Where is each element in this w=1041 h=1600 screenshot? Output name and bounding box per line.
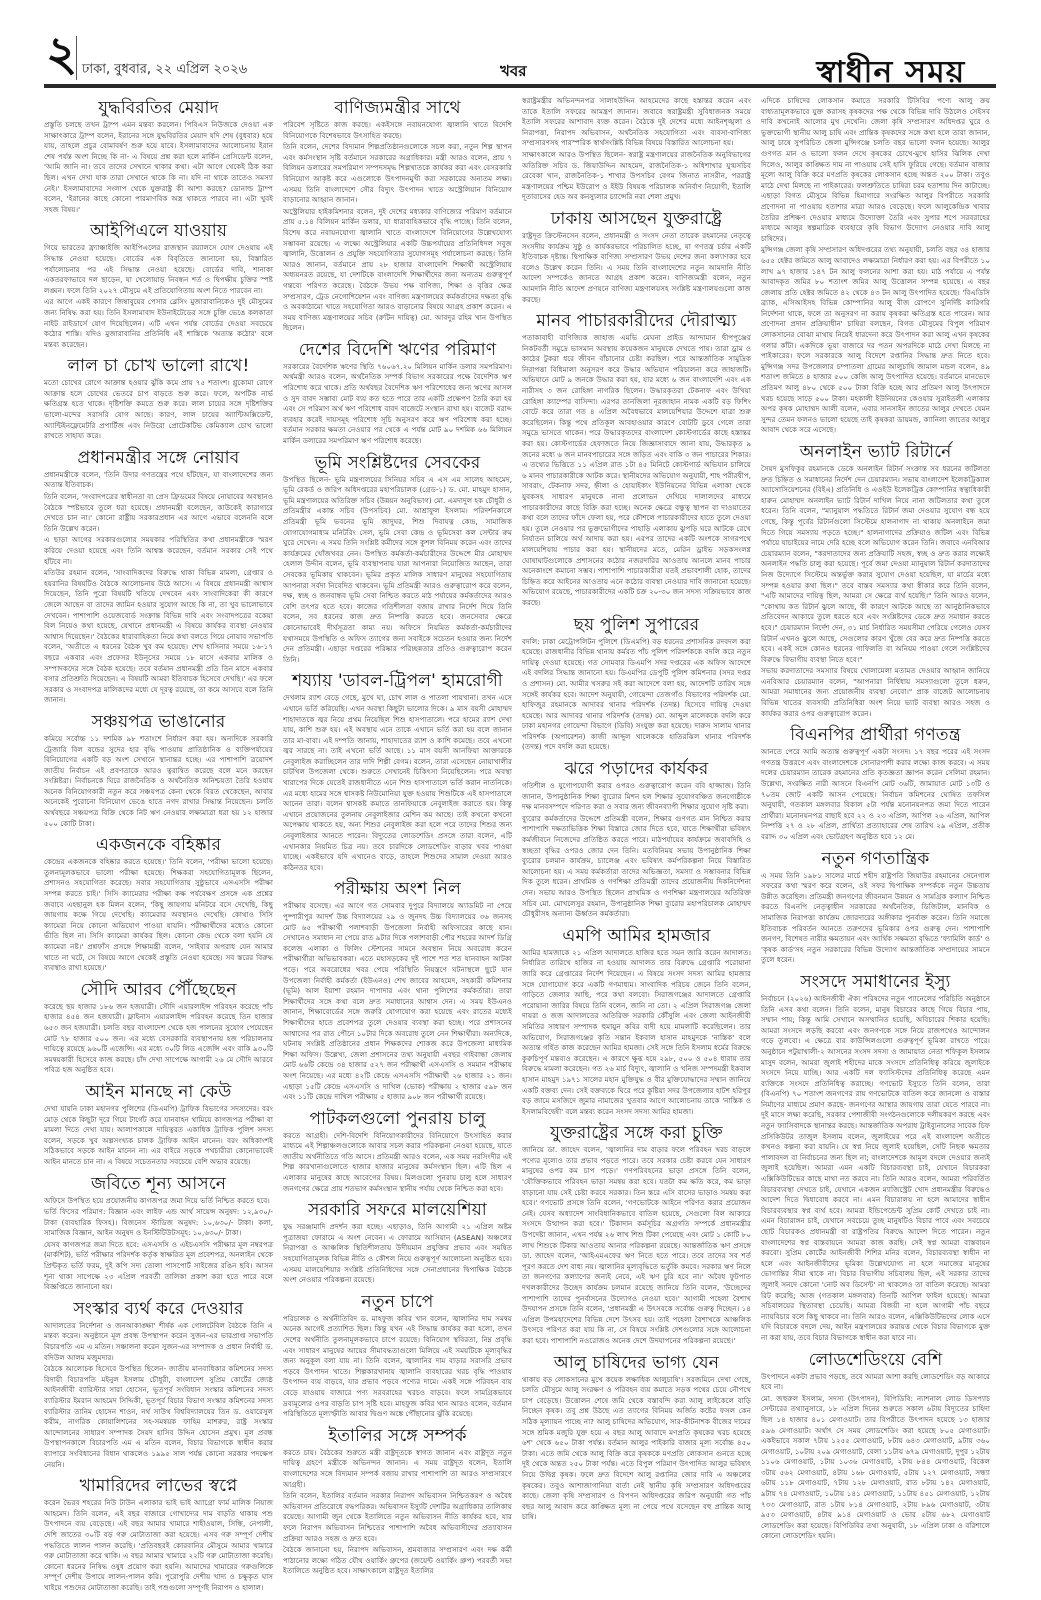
article-body: কেন্দ্রের একজনকে বহিষ্কার করতে হয়েছে।' … xyxy=(44,857,273,974)
article-paragraph: সভায় করদাতাদের সমস্যার বিষয়ে খোলামেলা … xyxy=(761,666,990,719)
article: দেশের বিদেশি ঋণের পরিমাণসরকারের বৈদেশিক … xyxy=(283,340,512,447)
article-body: দেখা যায়নি ঢাকা মহানগর পুলিশের (ডিএমপি)… xyxy=(44,1104,273,1168)
article: সঞ্চয়পত্র ভাঙানোরকমিয়ে সর্বোচ্চ ১১ দশম… xyxy=(44,712,273,829)
article-body: মতো চোখের রোগে আক্রান্ত হওয়ার ঝুঁকি কমে… xyxy=(44,378,273,442)
article: যুক্তরাষ্ট্রের সঙ্গে করা চুক্তিজানিয়ে ড… xyxy=(522,1123,751,1346)
article-paragraph: অস্ট্রেলিয়ার হাইকমিশনার বলেন, দুই দেশের… xyxy=(283,207,512,334)
article: যুদ্ধবিরতির মেয়াদপ্রস্তুতি চলছে তখন ট্র… xyxy=(44,98,273,215)
article-paragraph: এদিকে চাষিদের লোকসান কমাতে সরকারি টিসিবি… xyxy=(761,96,990,244)
article-paragraph: মতো চোখের রোগে আক্রান্ত হওয়ার ঝুঁকি কমে… xyxy=(44,378,273,442)
article-body: পরীক্ষায় বসেছে। এর আগে গত সোমবার দুপুরে… xyxy=(283,901,512,1102)
article-body: জানিয়ে ডা. জাহেদ বলেন, 'জ্বালানির দাম ব… xyxy=(522,1145,751,1346)
article-body: করতে আগ্রহী। দেশি-বিদেশি বিনিয়োগকারীদের… xyxy=(283,1131,512,1195)
article-paragraph: পরিচালক ও অর্থনীতিবিদ ড. মাহফুজ কবির খান… xyxy=(283,1314,512,1420)
article-paragraph: উপস্থিত ছিলেন- ভূমি মন্ত্রণালয়ের সিনিয়… xyxy=(283,475,512,666)
article-body: থাকায় বড় লোকসানের মুখে কয়েক লক্ষাধিক … xyxy=(522,1375,751,1523)
article: এমপি আমির হামজারআমির হামজাকে ২১ এপ্রিল আ… xyxy=(522,926,751,1118)
article-paragraph: দেখলাম র‍্যাশ বেড়ে গেছে, মুখে ঘা, চোখ ল… xyxy=(283,693,512,873)
article-paragraph: তিনি বলেন, ইতালির বর্তমান সরকার নিরাপদ অ… xyxy=(283,1491,512,1544)
page-number: ২ xyxy=(46,30,77,78)
article-body: আদালতের নির্দেশনা ও জনআকাঙ্ক্ষা' শীর্ষক … xyxy=(44,1321,273,1470)
news-columns: যুদ্ধবিরতির মেয়াদপ্রস্তুতি চলছে তখন ট্র… xyxy=(44,96,996,1596)
section-name: খবর xyxy=(500,60,526,85)
article: পরীক্ষায় অংশ নিলপরীক্ষায় বসেছে। এর আগে… xyxy=(283,879,512,1102)
article-paragraph: নির্বাচনে (২০২৬) আইনজীবী ঐক্য পরিষদের নত… xyxy=(761,994,990,1344)
article: নতুন গণতান্ত্রিকএ সময় তিনি ১৯৮১ সালের ম… xyxy=(761,849,990,966)
article: আইপিএলে যাওয়ায়গিয়ে ভারতের ফ্র্যাঞ্চাই… xyxy=(44,221,273,350)
article-headline[interactable]: অনলাইন ভ্যাট রিটার্নে xyxy=(761,442,990,462)
article-headline[interactable]: নতুন গণতান্ত্রিক xyxy=(761,849,990,869)
article-body: আমির হামজাকে ২১ এপ্রিল আদালতে হাজির হতে … xyxy=(522,948,751,1118)
article-paragraph: পরিবেশ সৃষ্টিতে কাজ করছে। একইসঙ্গে নবায়… xyxy=(283,120,512,141)
article-paragraph: পরীক্ষায় বসেছে। এর আগে গত সোমবার দুপুরে… xyxy=(283,901,512,1102)
article-body: আনতে পেরে আমি অত্যন্ত গুরুত্বপূর্ণ একটা … xyxy=(761,747,990,842)
article-headline[interactable]: পাটকলগুলো পুনরায় চালু xyxy=(283,1109,512,1129)
article-body: করেন ভৈরব শহরের নিউ টাউন এলাকার ভাই ভাই … xyxy=(44,1498,273,1593)
newspaper-logo: স্বাধীন সময় xyxy=(816,48,965,99)
article: অনলাইন ভ্যাট রিটার্নেসৈয়দ মুসফিকুর রহমা… xyxy=(761,442,990,719)
article-headline[interactable]: আইপিএলে যাওয়ায় xyxy=(44,221,273,241)
article-headline[interactable]: যুক্তরাষ্ট্রের সঙ্গে করা চুক্তি xyxy=(522,1123,751,1143)
column-2: বাণিজ্যমন্ত্রীর সাথেপরিবেশ সৃষ্টিতে কাজ … xyxy=(283,96,512,1596)
article-headline[interactable]: খামারিদের লাভের স্বপ্নে xyxy=(44,1476,273,1496)
article-headline[interactable]: নতুন চাপে xyxy=(283,1292,512,1312)
article: ছয় পুলিশ সুপারেরবদলি: ঢাকা মেট্রোপলিটন … xyxy=(522,615,751,754)
article-headline[interactable]: সৌদি আরব পৌঁছেছেন xyxy=(44,980,273,1000)
article: জবিতে শূন্য আসনেঅফিসে উপস্থিত হয়ে প্রয়… xyxy=(44,1174,273,1293)
article: লাল চা চোখ ভালো রাখে!মতো চোখের রোগে আক্র… xyxy=(44,356,273,442)
article-paragraph: এ সময় তিনি ১৯৮১ সালের মার্চে শহীদ রাষ্ট… xyxy=(761,871,990,966)
article-headline[interactable]: দেশের বিদেশি ঋণের পরিমাণ xyxy=(283,340,512,360)
article-paragraph: যুদ্ধ সরঞ্জামাদি প্রদর্শন করা হচ্ছে। এছা… xyxy=(283,1222,512,1286)
article-headline[interactable]: মানব পাচারকারীদের দৌরাত্ম্য xyxy=(522,311,751,331)
article: ইতালির সঙ্গে সম্পর্ককরতে চায়। বৈঠকের শু… xyxy=(283,1426,512,1577)
article-body: উৎপাদনে একটা প্রভাব পড়ছে, তবে আমরা আশা … xyxy=(761,1372,990,1543)
article-paragraph: কেন্দ্রের একজনকে বহিষ্কার করতে হয়েছে।' … xyxy=(44,857,273,974)
article-paragraph: করতে আগ্রহী। দেশি-বিদেশি বিনিয়োগকারীদের… xyxy=(283,1131,512,1195)
article: শয্যায় 'ডাবল-ট্রিপল' হামরোগীদেখলাম র‍্য… xyxy=(283,671,512,873)
article: খামারিদের লাভের স্বপ্নেকরেন ভৈরব শহরের ন… xyxy=(44,1476,273,1593)
article-body: এ সময় তিনি ১৯৮১ সালের মার্চে শহীদ রাষ্ট… xyxy=(761,871,990,966)
article-headline[interactable]: সঞ্চয়পত্র ভাঙানোর xyxy=(44,712,273,732)
article: পাটকলগুলো পুনরায় চালুকরতে আগ্রহী। দেশি-… xyxy=(283,1109,512,1195)
article-body: এদিকে চাষিদের লোকসান কমাতে সরকারি টিসিবি… xyxy=(761,96,990,436)
article-body: প্রধানমন্ত্রীকে বলেন, 'তিনি উদার গণতন্ত্… xyxy=(44,470,273,706)
article-paragraph: সরকারের বৈদেশিক ঋণের স্থিতি ৭৬০৬৭.২০ মিল… xyxy=(283,362,512,447)
article-paragraph: স্বরাষ্ট্রমন্ত্রীর অভিনন্দনপত্র সালাহউদ্… xyxy=(522,96,751,149)
article-paragraph: সাক্ষাৎকালে আরও উপস্থিত ছিলেন- স্বরাষ্ট্… xyxy=(522,150,751,203)
article-body: গতিশীল ও যুগোপযোগী করার ওপরও গুরুত্বারোপ… xyxy=(522,781,751,920)
article-body: পতাকাবাহী বাণিজ্যিক জাহাজ এমভি মেঘনা প্র… xyxy=(522,333,751,608)
article-paragraph: গতিশীল ও যুগোপযোগী করার ওপরও গুরুত্বারোপ… xyxy=(522,781,751,813)
article-paragraph: সৈয়দ মুসফিকুর রহমানকে ডেকে অনলাইন রিটার… xyxy=(761,464,990,665)
article-paragraph: তিনি বলেন, দেশের বিদ্যমান শিল্পপ্রতিষ্ঠা… xyxy=(283,142,512,206)
article: নতুন চাপেপরিচালক ও অর্থনীতিবিদ ড. মাহফুজ… xyxy=(283,1292,512,1420)
article-body: করতে চায়। বৈঠকের শুরুতে মন্ত্রী রাষ্ট্র… xyxy=(283,1448,512,1577)
article-headline[interactable]: সংসদে সমাধানের ইস্যু xyxy=(761,972,990,992)
article-body: উপস্থিত ছিলেন- ভূমি মন্ত্রণালয়ের সিনিয়… xyxy=(283,475,512,666)
article: বাণিজ্যমন্ত্রীর সাথেপরিবেশ সৃষ্টিতে কাজ … xyxy=(283,98,512,334)
article-headline[interactable]: জবিতে শূন্য আসনে xyxy=(44,1174,273,1194)
article: সংসদে সমাধানের ইস্যুনির্বাচনে (২০২৬) আইন… xyxy=(761,972,990,1344)
article-paragraph: জানিয়ে ডা. জাহেদ বলেন, 'জ্বালানির দাম ব… xyxy=(522,1145,751,1346)
article-headline[interactable]: এমপি আমির হামজার xyxy=(522,926,751,946)
article-paragraph: রাষ্ট্রদূত ক্রিস্টেনসেন বলেন, প্রধানমন্ত… xyxy=(522,231,751,305)
article-body: প্রস্তুতি চলছে তখন ট্রাম্প এমন মন্তব্য ক… xyxy=(44,120,273,215)
article-paragraph: এর আগে একই কারণে জিম্বাবুয়ের পেসার ব্লে… xyxy=(44,297,273,350)
article-body: বদলি: ঢাকা মেট্রোপলিটন পুলিশে (ডিএমপি) ব… xyxy=(522,637,751,754)
article-headline[interactable]: ঢাকায় আসছেন যুক্তরাষ্ট্রে xyxy=(522,209,751,229)
article-headline[interactable]: পরীক্ষায় অংশ নিল xyxy=(283,879,512,899)
article-paragraph: আদালতের নির্দেশনা ও জনআকাঙ্ক্ষা' শীর্ষক … xyxy=(44,1321,273,1363)
article-paragraph: বদলি: ঢাকা মেট্রোপলিটন পুলিশে (ডিএমপি) ব… xyxy=(522,637,751,754)
article-body: স্বরাষ্ট্রমন্ত্রীর অভিনন্দনপত্র সালাহউদ্… xyxy=(522,96,751,203)
article-headline[interactable]: শয্যায় 'ডাবল-ট্রিপল' হামরোগী xyxy=(283,671,512,691)
article-headline[interactable]: আলু চাষিদের ভাগ্য যেন xyxy=(522,1353,751,1373)
article-body: যুদ্ধ সরঞ্জামাদি প্রদর্শন করা হচ্ছে। এছা… xyxy=(283,1222,512,1286)
article-paragraph: করেছে ছয় হাজার ১৮৬ জন হজযাত্রী। সৌদি এয… xyxy=(44,1002,273,1076)
article: ভূমি সংশ্লিষ্টদের সেবকেরউপস্থিত ছিলেন- ভ… xyxy=(283,453,512,666)
column-1: যুদ্ধবিরতির মেয়াদপ্রস্তুতি চলছে তখন ট্র… xyxy=(44,96,273,1596)
dateline: ঢাকা, বুধবার, ২২ এপ্রিল ২০২৬ xyxy=(82,60,247,81)
article-paragraph: মো. জহুরুল ইসলাম, সদস্য (উৎপাদন), বিপিডি… xyxy=(761,1394,990,1542)
article-paragraph: মুন্সিগঞ্জ জেলা কৃষি সম্প্রসারণ অধিদপ্তর… xyxy=(761,245,990,436)
article: একজনকে বহিষ্কারকেন্দ্রের একজনকে বহিষ্কার… xyxy=(44,835,273,974)
article-headline[interactable]: লোডশেডিংয়ে বেশি xyxy=(761,1350,990,1370)
article-body: করেছে ছয় হাজার ১৮৬ জন হজযাত্রী। সৌদি এয… xyxy=(44,1002,273,1076)
article: আলু চাষিদের ভাগ্য যেনথাকায় বড় লোকসানের… xyxy=(522,1353,751,1523)
article-body: নির্বাচনে (২০২৬) আইনজীবী ঐক্য পরিষদের নত… xyxy=(761,994,990,1344)
article-paragraph: ভর্তি ফিসের পরিমাণ: বিজ্ঞান এবং লাইফ এন্… xyxy=(44,1207,273,1239)
article: সৌদি আরব পৌঁছেছেনকরেছে ছয় হাজার ১৮৬ জন … xyxy=(44,980,273,1076)
article: ঢাকায় আসছেন যুক্তরাষ্ট্রেরাষ্ট্রদূত ক্র… xyxy=(522,209,751,305)
article: স্বরাষ্ট্রমন্ত্রীর অভিনন্দনপত্র সালাহউদ্… xyxy=(522,96,751,203)
article-paragraph: প্রধানমন্ত্রীকে বলেন, 'তিনি উদার গণতন্ত্… xyxy=(44,470,273,491)
article-paragraph: করতে চায়। বৈঠকের শুরুতে মন্ত্রী রাষ্ট্র… xyxy=(283,1448,512,1490)
article-paragraph: এ ছাড়া আগের সরকারগুলোর সময়কার পরিস্থিত… xyxy=(44,535,273,567)
article-paragraph: আমির হামজাকে ২১ এপ্রিল আদালতে হাজির হতে … xyxy=(522,948,751,1118)
masthead: ২ ঢাকা, বুধবার, ২২ এপ্রিল ২০২৬ খবর স্বাধ… xyxy=(0,0,1041,90)
article-paragraph: উৎপাদনে একটা প্রভাব পড়ছে, তবে আমরা আশা … xyxy=(761,1372,990,1393)
article-paragraph: গিয়ে ভারতের ফ্র্যাঞ্চাইজি আইপিএলের রাজস… xyxy=(44,243,273,296)
article: ঝরে পড়াদের কার্যকরগতিশীল ও যুগোপযোগী কর… xyxy=(522,759,751,920)
article: প্রধানমন্ত্রীর সঙ্গে নোয়াবপ্রধানমন্ত্রী… xyxy=(44,448,273,706)
article-paragraph: পতাকাবাহী বাণিজ্যিক জাহাজ এমভি মেঘনা প্র… xyxy=(522,333,751,608)
article: সরকারি সফরে মালয়েশিয়াযুদ্ধ সরঞ্জামাদি … xyxy=(283,1200,512,1286)
article-body: দেখলাম র‍্যাশ বেড়ে গেছে, মুখে ঘা, চোখ ল… xyxy=(283,693,512,873)
article-paragraph: করেন ভৈরব শহরের নিউ টাউন এলাকার ভাই ভাই … xyxy=(44,1498,273,1593)
article-paragraph: বৈঠকে আলোচক হিসেবে উপস্থিত ছিলেন- জাতীয়… xyxy=(44,1364,273,1470)
article: সংস্কার ব্যর্থ করে দেওয়ারআদালতের নির্দে… xyxy=(44,1299,273,1470)
article-headline[interactable]: আইন মানছে না কেউ xyxy=(44,1082,273,1102)
article-body: সৈয়দ মুসফিকুর রহমানকে ডেকে অনলাইন রিটার… xyxy=(761,464,990,719)
column-4: এদিকে চাষিদের লোকসান কমাতে সরকারি টিসিবি… xyxy=(761,96,990,1596)
article-paragraph: কমিয়ে সর্বোচ্চ ১১ দশমিক ৯৮ শতাংশে নির্ধ… xyxy=(44,734,273,829)
article-paragraph: অফিসে উপস্থিত হয়ে প্রয়োজনীয় কাগজপত্র … xyxy=(44,1196,273,1207)
article-headline[interactable]: সংস্কার ব্যর্থ করে দেওয়ার xyxy=(44,1299,273,1319)
article-paragraph: যেসব কাগজপত্র জমা দিতে হবে: এসএসসি ও এইচ… xyxy=(44,1240,273,1293)
article-paragraph: তিনি বলেন, 'সংবাদপত্রের স্বাধীনতা বা প্র… xyxy=(44,492,273,534)
article-body: রাষ্ট্রদূত ক্রিস্টেনসেন বলেন, প্রধানমন্ত… xyxy=(522,231,751,305)
article-paragraph: দেখা যায়নি ঢাকা মহানগর পুলিশের (ডিএমপি)… xyxy=(44,1104,273,1168)
article-headline[interactable]: ভূমি সংশ্লিষ্টদের সেবকের xyxy=(283,453,512,473)
article-body: কমিয়ে সর্বোচ্চ ১১ দশমিক ৯৮ শতাংশে নির্ধ… xyxy=(44,734,273,829)
article-paragraph: প্রস্তুতি চলছে তখন ট্রাম্প এমন মন্তব্য ক… xyxy=(44,120,273,215)
article-headline[interactable]: লাল চা চোখ ভালো রাখে! xyxy=(44,356,273,376)
article-body: সরকারের বৈদেশিক ঋণের স্থিতি ৭৬০৬৭.২০ মিল… xyxy=(283,362,512,447)
article-paragraph: বৈঠকে জানানো হয়, নিরাপদ অভিবাসন, শ্রমবা… xyxy=(283,1545,512,1577)
article-headline[interactable]: ইতালির সঙ্গে সম্পর্ক xyxy=(283,1426,512,1446)
article-body: অফিসে উপস্থিত হয়ে প্রয়োজনীয় কাগজপত্র … xyxy=(44,1196,273,1293)
article-paragraph: ব্যুরোর কর্মকর্তাদের উদ্দেশে প্রতিমন্ত্র… xyxy=(522,814,751,920)
article-headline[interactable]: একজনকে বহিষ্কার xyxy=(44,835,273,855)
article-headline[interactable]: ঝরে পড়াদের কার্যকর xyxy=(522,759,751,779)
article-paragraph: মতিউর রহমান বলেন, 'সাংবাদিকদের বিরুদ্ধে … xyxy=(44,568,273,706)
masthead-rule xyxy=(44,84,996,88)
article: বিএনপির প্রার্থীরা গণতন্ত্রআনতে পেরে আমি… xyxy=(761,725,990,842)
article: লোডশেডিংয়ে বেশিউৎপাদনে একটা প্রভাব পড়ছ… xyxy=(761,1350,990,1543)
article: আইন মানছে না কেউদেখা যায়নি ঢাকা মহানগর … xyxy=(44,1082,273,1168)
column-3: স্বরাষ্ট্রমন্ত্রীর অভিনন্দনপত্র সালাহউদ্… xyxy=(522,96,751,1596)
article-headline[interactable]: বিএনপির প্রার্থীরা গণতন্ত্র xyxy=(761,725,990,745)
article-headline[interactable]: যুদ্ধবিরতির মেয়াদ xyxy=(44,98,273,118)
article: এদিকে চাষিদের লোকসান কমাতে সরকারি টিসিবি… xyxy=(761,96,990,436)
article-body: পরিবেশ সৃষ্টিতে কাজ করছে। একইসঙ্গে নবায়… xyxy=(283,120,512,334)
article-headline[interactable]: ছয় পুলিশ সুপারের xyxy=(522,615,751,635)
article: মানব পাচারকারীদের দৌরাত্ম্যপতাকাবাহী বাণ… xyxy=(522,311,751,608)
article-body: গিয়ে ভারতের ফ্র্যাঞ্চাইজি আইপিএলের রাজস… xyxy=(44,243,273,350)
masthead-divider xyxy=(76,36,77,80)
article-body: পরিচালক ও অর্থনীতিবিদ ড. মাহফুজ কবির খান… xyxy=(283,1314,512,1420)
article-headline[interactable]: বাণিজ্যমন্ত্রীর সাথে xyxy=(283,98,512,118)
article-paragraph: আনতে পেরে আমি অত্যন্ত গুরুত্বপূর্ণ একটা … xyxy=(761,747,990,842)
article-headline[interactable]: সরকারি সফরে মালয়েশিয়া xyxy=(283,1200,512,1220)
article-paragraph: থাকায় বড় লোকসানের মুখে কয়েক লক্ষাধিক … xyxy=(522,1375,751,1523)
article-headline[interactable]: প্রধানমন্ত্রীর সঙ্গে নোয়াব xyxy=(44,448,273,468)
